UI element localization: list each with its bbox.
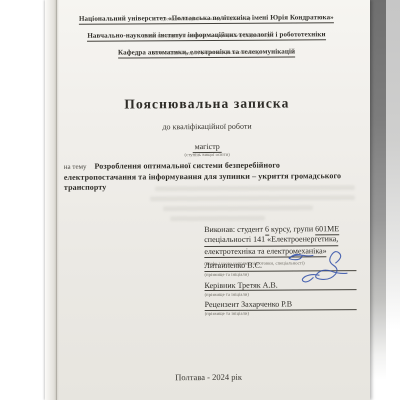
topic-label: на тему <box>64 163 87 171</box>
reviewer-name: Рецензент Захарченко Р.В <box>205 299 357 310</box>
reviewer-row: Рецензент Захарченко Р.В (прізвище та ін… <box>205 299 363 316</box>
footer-city-year: Полтава - 2024 рік <box>46 371 371 383</box>
page-content: Національний університет «Полтавська пол… <box>44 0 371 400</box>
degree-caption: (ступінь вищої освіти) <box>45 151 370 158</box>
supervisor-row: Керівник Третяк А.В. (прізвище та ініціа… <box>204 280 362 297</box>
signatures-block: Литвиненко В.С. (прізвище та ініціали) К… <box>204 260 362 319</box>
supervisor-caption: (прізвище та ініціали) <box>205 291 363 297</box>
student-row: Литвиненко В.С. (прізвище та ініціали) <box>204 260 362 277</box>
student-caption: (прізвище та ініціали) <box>204 271 362 277</box>
supervisor-name: Керівник Третяк А.В. <box>204 280 356 291</box>
bleed-through-text <box>163 205 313 211</box>
specialty-line-2: електротехніка та електромеханіка» <box>204 246 326 258</box>
document-subtitle: до кваліфікаційної роботи <box>45 121 370 132</box>
document-title: Пояснювальна записка <box>44 95 369 113</box>
executor-line: Виконав: студент 6 курсу, групи 601МЕ <box>204 224 362 235</box>
photo-background-edge <box>386 0 400 400</box>
reviewer-caption: (прізвище та ініціали) <box>205 310 363 316</box>
student-name: Литвиненко В.С. <box>204 260 356 271</box>
document-page: Національний університет «Полтавська пол… <box>45 0 370 400</box>
bleed-through-text <box>170 216 265 222</box>
scanned-document-photo: Національний університет «Полтавська пол… <box>0 0 400 400</box>
bleed-through-text <box>150 195 355 201</box>
specialty-line-1: спеціальності 141 «Електроенергетика, <box>204 234 338 246</box>
